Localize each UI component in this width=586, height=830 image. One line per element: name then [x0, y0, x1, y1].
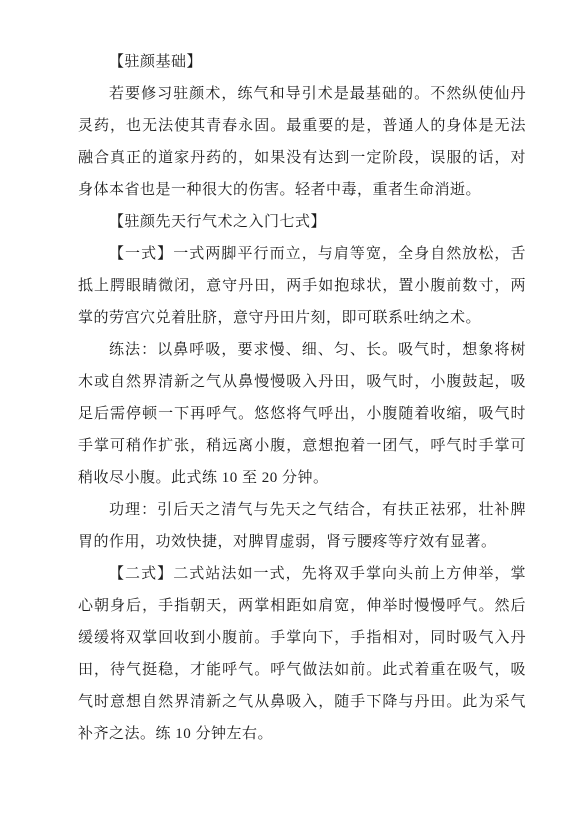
- section-heading-foundation: 【驻颜基础】: [78, 46, 526, 78]
- paragraph-form-one: 【一式】一式两脚平行而立，与肩等宽，全身自然放松，舌抵上腭眼睛微闭，意守丹田，两…: [78, 238, 526, 334]
- section-heading-seven-forms: 【驻颜先天行气术之入门七式】: [78, 206, 526, 238]
- paragraph-intro: 若要修习驻颜术，练气和导引术是最基础的。不然纵使仙丹灵药，也无法使其青春永固。最…: [78, 78, 526, 206]
- document-page: 【驻颜基础】 若要修习驻颜术，练气和导引术是最基础的。不然纵使仙丹灵药，也无法使…: [0, 0, 586, 830]
- document-body: 【驻颜基础】 若要修习驻颜术，练气和导引术是最基础的。不然纵使仙丹灵药，也无法使…: [78, 46, 526, 750]
- paragraph-form-two: 【二式】二式站法如一式，先将双手掌向头前上方伸举，掌心朝身后，手指朝天，两掌相距…: [78, 558, 526, 750]
- paragraph-principle: 功理：引后天之清气与先天之气结合，有扶正祛邪，壮补脾胃的作用，功效快捷，对脾胃虚…: [78, 494, 526, 558]
- paragraph-practice-method: 练法：以鼻呼吸，要求慢、细、匀、长。吸气时，想象将树木或自然界清新之气从鼻慢慢吸…: [78, 334, 526, 494]
